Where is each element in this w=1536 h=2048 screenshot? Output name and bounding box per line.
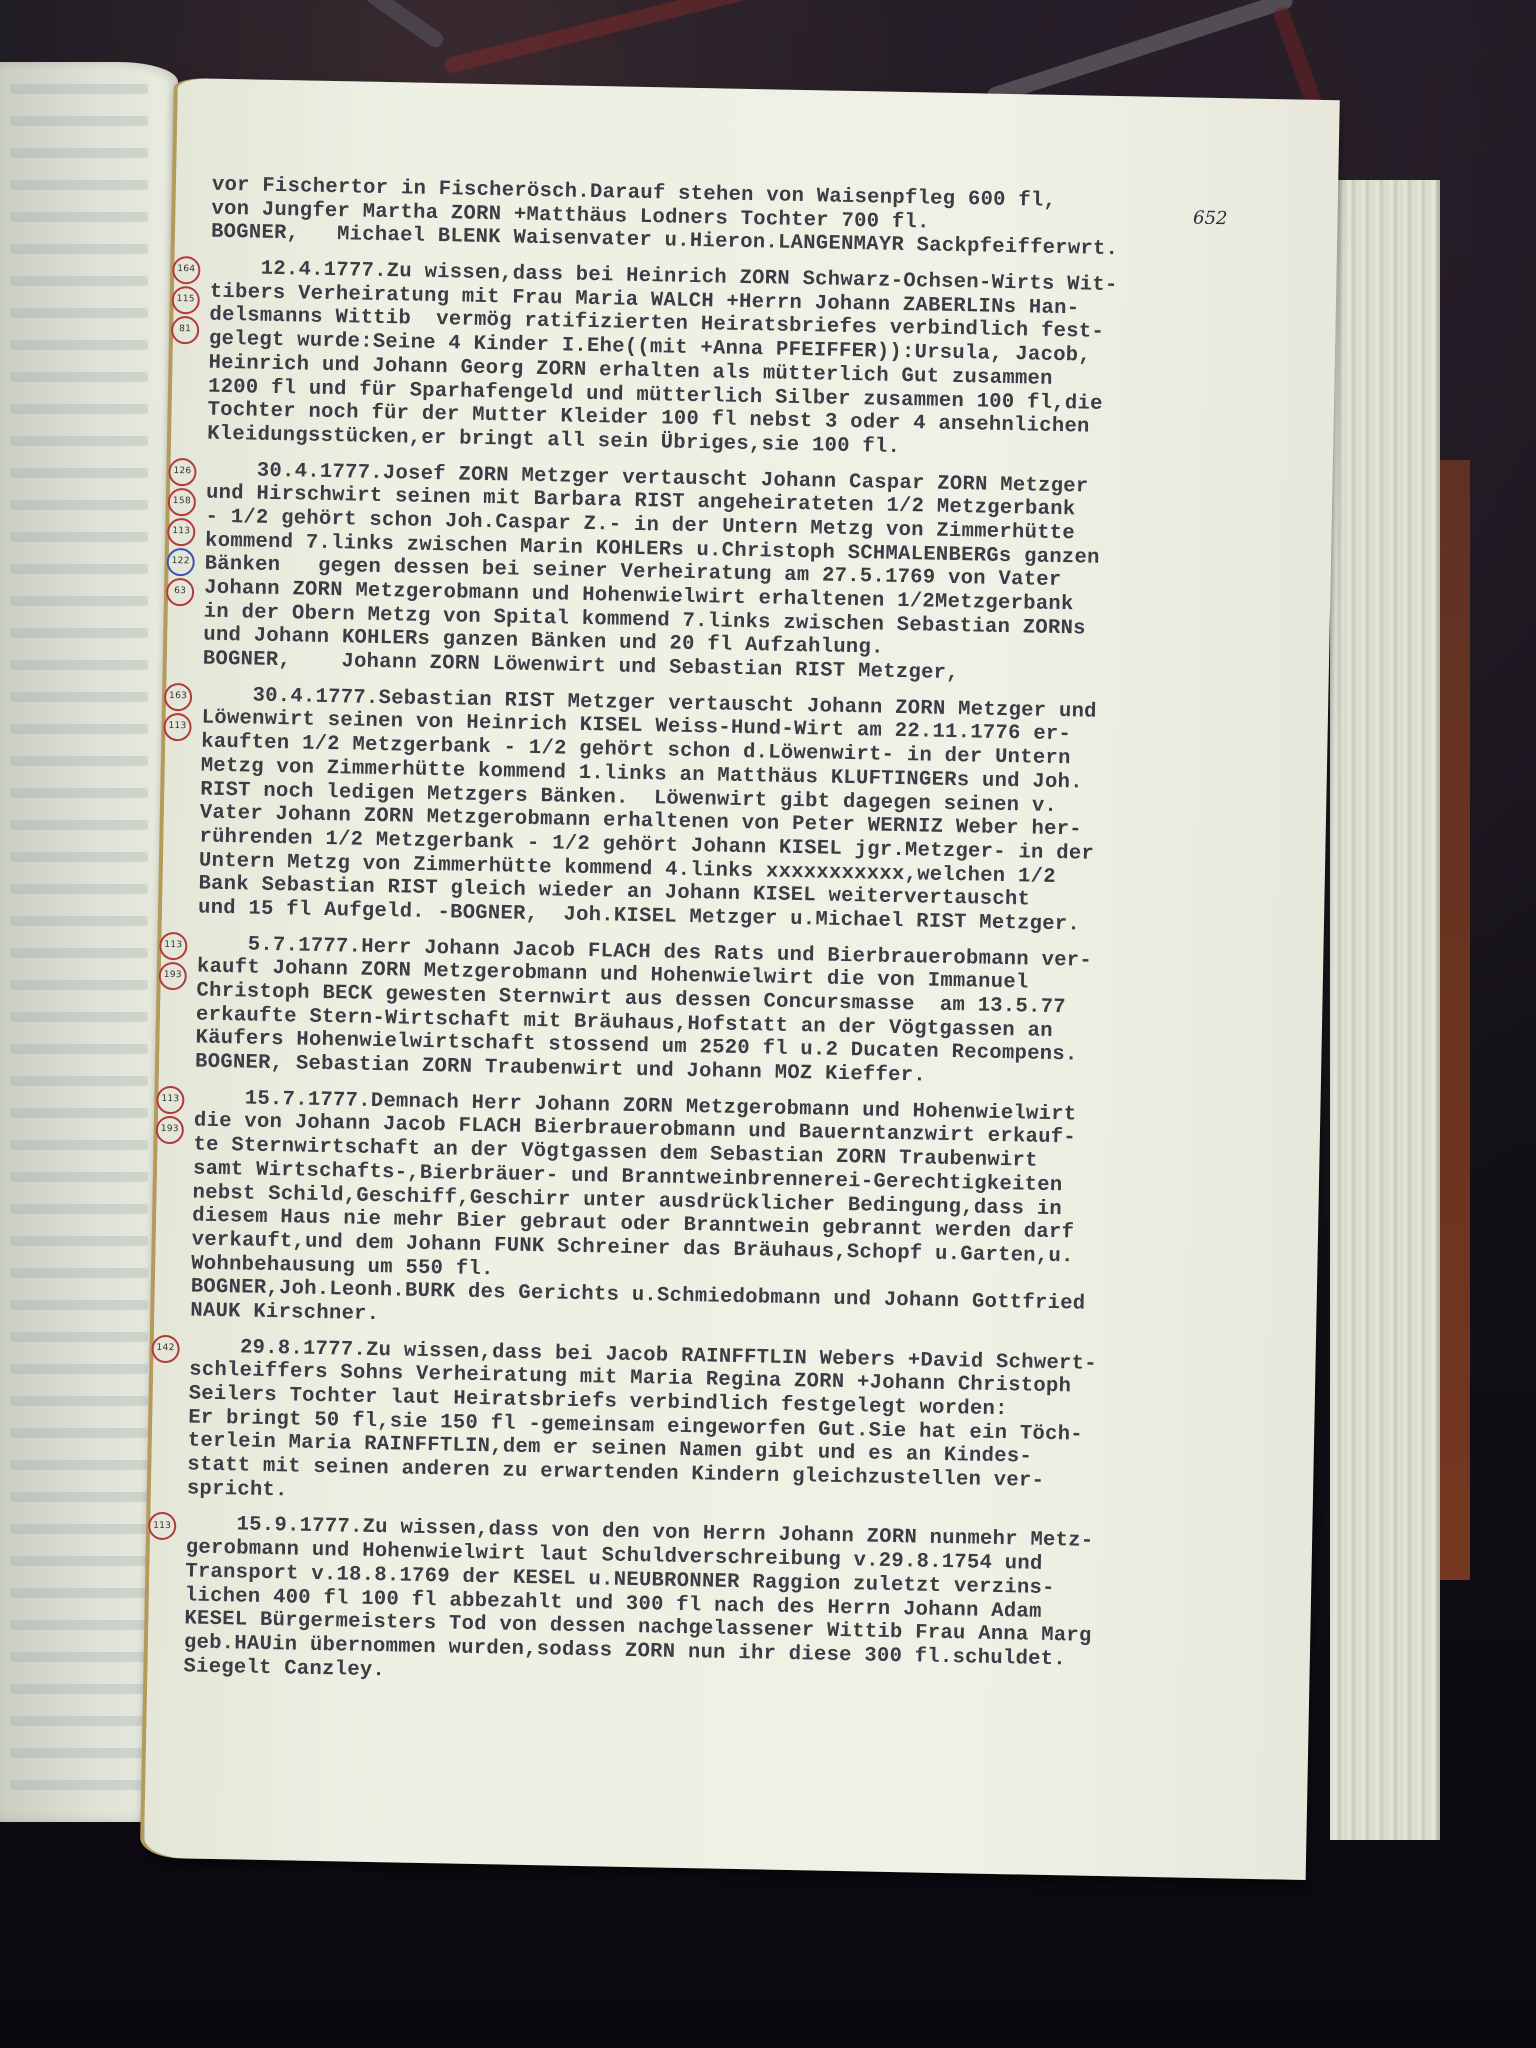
document-entry: 29.8.1777.Zu wissen,dass bei Jacob RAINF… bbox=[187, 1335, 1266, 1521]
document-entry: 30.4.1777.Sebastian RIST Metzger vertaus… bbox=[198, 683, 1278, 940]
margin-annotation: 113 bbox=[156, 1086, 185, 1115]
margin-annotation: 113 bbox=[159, 931, 188, 960]
margin-annotation: 158 bbox=[168, 487, 197, 516]
document-entry: 15.7.1777.Demnach Herr Johann ZORN Metzg… bbox=[190, 1086, 1270, 1343]
document-entry: 12.4.1777.Zu wissen,dass bei Heinrich ZO… bbox=[207, 257, 1286, 467]
background-carpet-pattern bbox=[443, 0, 757, 74]
margin-annotation: 115 bbox=[171, 286, 200, 315]
background-carpet-pattern bbox=[364, 0, 447, 50]
margin-annotation: 113 bbox=[148, 1512, 177, 1541]
margin-annotation: 113 bbox=[163, 713, 192, 742]
typewritten-page: 652 vor Fischertor in Fischerösch.Darauf… bbox=[144, 78, 1340, 1880]
margin-annotation: 126 bbox=[168, 457, 197, 486]
document-entry: 5.7.1777.Herr Johann Jacob FLACH des Rat… bbox=[195, 932, 1274, 1095]
page-text: vor Fischertor in Fischerösch.Darauf ste… bbox=[183, 174, 1288, 1712]
margin-annotation: 142 bbox=[151, 1334, 180, 1363]
margin-annotation: 63 bbox=[166, 577, 195, 606]
document-entry: 30.4.1777.Josef ZORN Metzger vertauscht … bbox=[203, 458, 1283, 692]
background-carpet-pattern bbox=[985, 0, 1294, 105]
book-cover-edge bbox=[1440, 460, 1470, 1580]
document-entry: 15.9.1777.Zu wissen,dass von den von Her… bbox=[183, 1513, 1262, 1699]
margin-annotation: 81 bbox=[171, 316, 200, 345]
margin-annotation: 163 bbox=[164, 683, 193, 712]
margin-annotation: 113 bbox=[167, 517, 196, 546]
margin-annotation: 164 bbox=[172, 256, 201, 285]
document-entry: vor Fischertor in Fischerösch.Darauf ste… bbox=[211, 174, 1288, 266]
margin-annotation: 193 bbox=[156, 1116, 185, 1145]
book-page-stack bbox=[1330, 180, 1440, 1840]
margin-annotation: 122 bbox=[166, 547, 195, 576]
margin-annotation: 193 bbox=[158, 961, 187, 990]
